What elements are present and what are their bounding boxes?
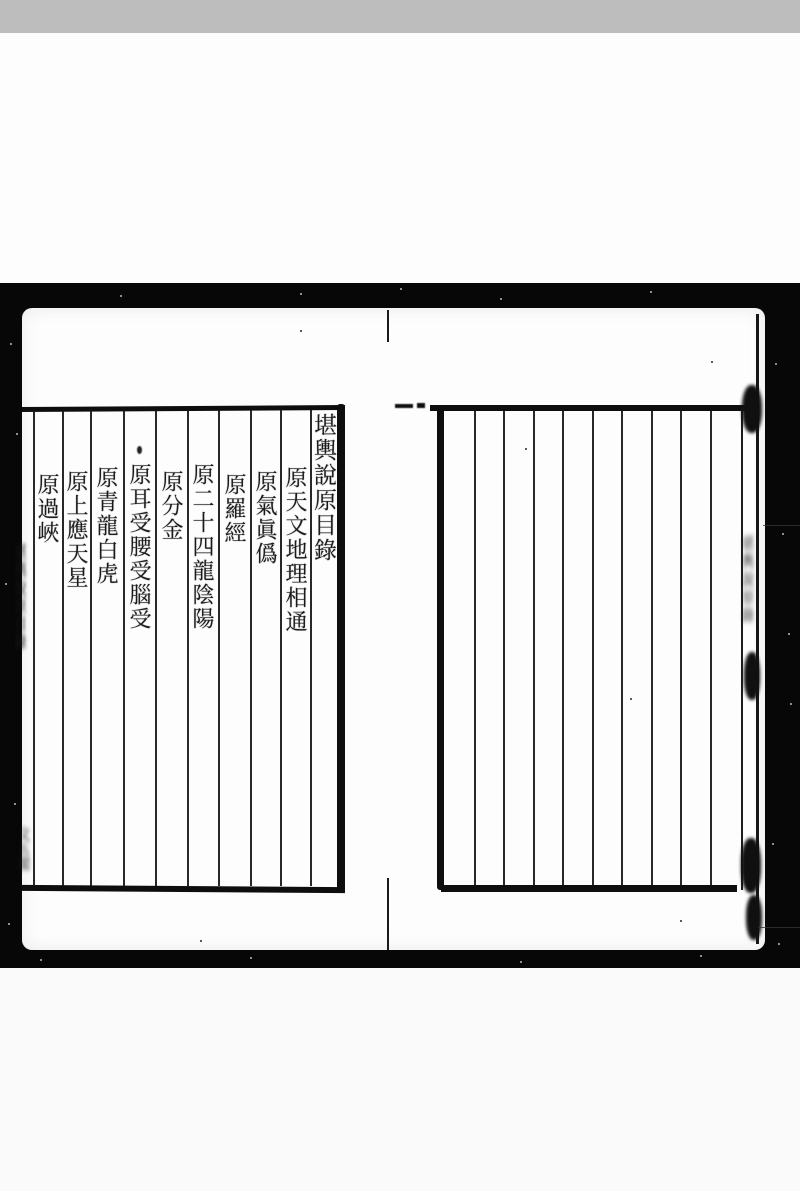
binding-smudge [741, 838, 761, 893]
toc-entry: 原天文地理相通 [283, 466, 305, 634]
right-frame-left-border [437, 405, 444, 890]
column-rule [592, 411, 594, 885]
left-spine-title-blurred: 堪輿說原目錄 [12, 543, 24, 651]
column-rule [621, 411, 623, 885]
lower-margin [0, 968, 800, 1191]
scanned-book-viewer: 堪輿說原目錄 原天文地理相通 原氣眞僞 原羅經 原二十四龍陰陽 原分金 原耳受腰… [0, 0, 800, 1191]
page-speckles [22, 308, 24, 310]
toc-entry: 原羅經 [222, 473, 244, 545]
right-frame-bottom-border [441, 885, 737, 892]
binding-smudge [742, 385, 762, 433]
center-fold-line-bottom [387, 878, 389, 950]
scanner-gray-bar [0, 0, 800, 34]
right-frame-top-border [430, 405, 748, 411]
column-rule [474, 411, 476, 885]
column-rule [503, 411, 505, 885]
book-spread: 堪輿說原目錄 原天文地理相通 原氣眞僞 原羅經 原二十四龍陰陽 原分金 原耳受腰… [22, 308, 765, 950]
binding-smudge [744, 652, 760, 700]
right-page-inner-edge-line [741, 408, 743, 890]
upper-margin [0, 33, 800, 283]
left-frame-top-border [22, 405, 345, 412]
toc-entry: 原耳受腰受腦受 [127, 463, 149, 631]
column-rule [710, 411, 712, 885]
center-fold-line-top [387, 310, 389, 342]
left-frame-bottom-border [22, 885, 345, 893]
toc-entry: 原分金 [159, 470, 181, 542]
column-rule [90, 410, 92, 886]
left-spine-collection-mark-blurred: 文五閣 [18, 826, 30, 871]
column-rule [533, 411, 535, 885]
gutter-ink-dash [417, 403, 425, 408]
gutter-ink-dash [395, 404, 413, 408]
scan-scratch [763, 525, 800, 526]
binding-smudge [746, 895, 762, 940]
toc-entry: 原二十四龍陰陽 [190, 463, 212, 631]
toc-entry: 原青龍白虎 [94, 466, 116, 586]
column-rule [155, 410, 157, 886]
scan-noise [0, 283, 2, 285]
scan-scratch [758, 927, 800, 928]
toc-title: 堪輿說原目錄 [311, 413, 334, 563]
column-rule [562, 411, 564, 885]
ink-speck [137, 446, 142, 454]
toc-entry: 原上應天星 [64, 470, 86, 590]
column-rule [218, 410, 220, 886]
column-rule [123, 410, 125, 886]
left-frame-right-border [337, 404, 345, 893]
toc-entry: 原氣眞僞 [253, 470, 275, 566]
scan-background: 堪輿說原目錄 原天文地理相通 原氣眞僞 原羅經 原二十四龍陰陽 原分金 原耳受腰… [0, 283, 800, 968]
toc-entry: 原過峽 [35, 473, 57, 545]
column-rule [680, 411, 682, 885]
column-rule [651, 411, 653, 885]
right-spine-title-blurred: 堪輿說原錄 [741, 535, 753, 625]
